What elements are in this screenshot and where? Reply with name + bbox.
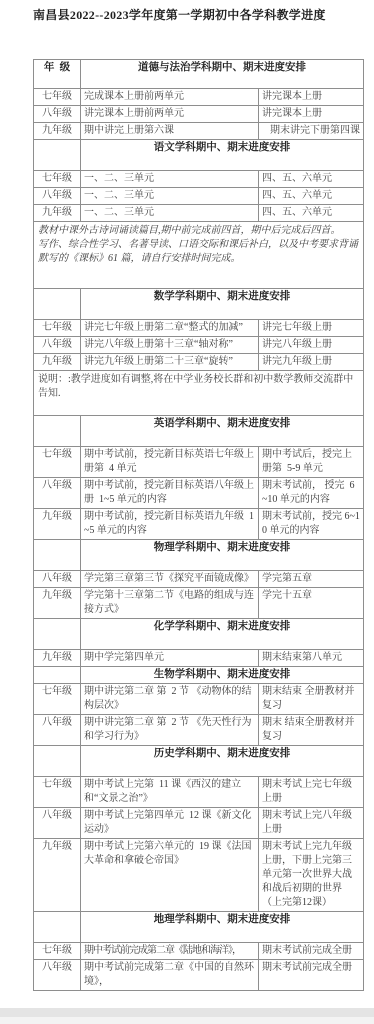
- grade-cell: 七年级: [34, 777, 81, 808]
- endterm-cell: 期末考试前， 授完 6 ~10 单元的内容: [259, 478, 364, 509]
- endterm-cell: 讲完七年级上册: [259, 320, 364, 337]
- grade-cell: 八年级: [34, 960, 81, 991]
- midterm-cell: 讲完七年级上册第二章“整式的加减”: [81, 320, 259, 337]
- schedule-row: 九年级 期中讲完上册第六课 期末讲完下册第四课: [34, 123, 364, 140]
- grade-cell: 九年级: [34, 839, 81, 912]
- grade-cell: 八年级: [34, 188, 81, 205]
- midterm-cell: 期中讲完第二章 第 2 节 《动物体的结构层次》: [81, 684, 259, 715]
- grade-cell: 九年级: [34, 650, 81, 667]
- schedule-row: 九年级 期中考试上完第六单元的 19 课《法国大革命和拿破仑帝国》 期末考试上完…: [34, 839, 364, 912]
- endterm-cell: 四、五、六单元: [259, 171, 364, 188]
- grade-cell: 九年级: [34, 123, 81, 140]
- page-title: 南昌县2022--2023学年度第一学期初中各学科教学进度: [33, 6, 353, 23]
- section-header-row: 数学学科期中、期末进度安排: [34, 289, 364, 320]
- empty-cell: [34, 667, 81, 684]
- endterm-cell: 讲完八年级上册: [259, 337, 364, 354]
- midterm-cell: 期中考试前，授完新目标英语七年级上册第 4 单元: [81, 447, 259, 478]
- schedule-row: 八年级 一、二、三单元 四、五、六单元: [34, 188, 364, 205]
- endterm-cell: 期末结束 全册教材并复习: [259, 684, 364, 715]
- empty-cell: [34, 140, 81, 171]
- schedule-row: 八年级 讲完课本上册前两单元 讲完课本上册: [34, 106, 364, 123]
- midterm-cell: 期中学完第四单元: [81, 650, 259, 667]
- section-title: 英语学科期中、期末进度安排: [81, 416, 364, 447]
- schedule-row: 九年级 学完第十三章第二节《电路的组成与连接方式》 学完十五章: [34, 588, 364, 619]
- endterm-cell: 期末考试前，授完 6~10 单元的内容: [259, 509, 364, 540]
- midterm-cell: 期中考试前，授完新目标英语九年级 1 ~5 单元的内容: [81, 509, 259, 540]
- grade-cell: 八年级: [34, 478, 81, 509]
- grade-cell: 七年级: [34, 171, 81, 188]
- midterm-cell: 期中讲完第二章 第 2 节 《先天性行为和学习行为》: [81, 715, 259, 746]
- grade-cell: 八年级: [34, 808, 81, 839]
- section-header-row: 英语学科期中、期末进度安排: [34, 416, 364, 447]
- endterm-cell: 期末考试上完八年级上册: [259, 808, 364, 839]
- grade-cell: 八年级: [34, 337, 81, 354]
- grade-cell: 八年级: [34, 106, 81, 123]
- schedule-row: 八年级 期中考试前完成第二章《中国的自然环境》， 期末考试前完成全册: [34, 960, 364, 991]
- endterm-cell: 四、五、六单元: [259, 205, 364, 222]
- empty-cell: [34, 540, 81, 571]
- grade-column-header: 年 级: [34, 60, 81, 89]
- endterm-cell: 期末考试前完成全册: [259, 943, 364, 960]
- midterm-cell: 完成课本上册前两单元: [81, 89, 259, 106]
- endterm-cell: 讲完课本上册: [259, 106, 364, 123]
- section-title: 生物学科期中、期末进度安排: [81, 667, 364, 684]
- midterm-cell: 期中考试上完第四单元 12 课《新文化运动》: [81, 808, 259, 839]
- schedule-row: 九年级 期中学完第四单元 期末结束第八单元: [34, 650, 364, 667]
- math-note: 说明：:教学进度如有调整,将在中学业务校长群和初中数学教师交流群中告知.: [34, 371, 364, 416]
- endterm-cell: 期末讲完下册第四课: [259, 123, 364, 140]
- schedule-row: 七年级 一、二、三单元 四、五、六单元: [34, 171, 364, 188]
- endterm-cell: 期末考试上完七年级上册: [259, 777, 364, 808]
- section-header-row: 历史学科期中、期末进度安排: [34, 746, 364, 777]
- schedule-row: 八年级 期中考试前，授完新目标英语八年级上册 1~5 单元的内容 期末考试前， …: [34, 478, 364, 509]
- schedule-row: 七年级 期中讲完第二章 第 2 节 《动物体的结构层次》 期末结束 全册教材并复…: [34, 684, 364, 715]
- endterm-cell: 期末结束第八单元: [259, 650, 364, 667]
- section-title: 化学学科期中、期末进度安排: [81, 619, 364, 650]
- section-header-row: 化学学科期中、期末进度安排: [34, 619, 364, 650]
- page-edge-bar: [0, 1008, 374, 1017]
- section-header-row: 生物学科期中、期末进度安排: [34, 667, 364, 684]
- endterm-cell: 学完十五章: [259, 588, 364, 619]
- grade-cell: 九年级: [34, 354, 81, 371]
- empty-cell: [34, 289, 81, 320]
- grade-cell: 七年级: [34, 943, 81, 960]
- endterm-cell: 学完第五章: [259, 571, 364, 588]
- grade-cell: 七年级: [34, 447, 81, 478]
- schedule-row: 八年级 期中讲完第二章 第 2 节 《先天性行为和学习行为》 期末 结束全册教材…: [34, 715, 364, 746]
- midterm-cell: 讲完九年级上册第二十三章“旋转”: [81, 354, 259, 371]
- section-header-row: 年 级 道德与法治学科期中、期末进度安排: [34, 60, 364, 89]
- grade-cell: 七年级: [34, 89, 81, 106]
- section-title: 语文学科期中、期末进度安排: [81, 140, 364, 171]
- schedule-row: 七年级 期中考试上完第 11 课《西汉的建立和“文景之治”》 期末考试上完七年级…: [34, 777, 364, 808]
- schedule-row: 八年级 期中考试上完第四单元 12 课《新文化运动》 期末考试上完八年级上册: [34, 808, 364, 839]
- section-header-row: 语文学科期中、期末进度安排: [34, 140, 364, 171]
- midterm-cell: 一、二、三单元: [81, 171, 259, 188]
- midterm-cell: 期中考试上完第 11 课《西汉的建立和“文景之治”》: [81, 777, 259, 808]
- schedule-row: 七年级 讲完七年级上册第二章“整式的加减” 讲完七年级上册: [34, 320, 364, 337]
- midterm-cell: 一、二、三单元: [81, 205, 259, 222]
- midterm-cell: 讲完八年级上册第十三章“轴对称”: [81, 337, 259, 354]
- endterm-cell: 期末考试上完九年级上册，下册上完第三单元第一次世界大战和战后初期的世界（上完第1…: [259, 839, 364, 912]
- endterm-cell: 讲完课本上册: [259, 89, 364, 106]
- page-background: [0, 1017, 374, 1024]
- schedule-row: 七年级 期中考试前完成第二章《陆地和海洋》， 期末考试前完成全册: [34, 943, 364, 960]
- schedule-row: 九年级 期中考试前，授完新目标英语九年级 1 ~5 单元的内容 期末考试前，授完…: [34, 509, 364, 540]
- schedule-row: 七年级 期中考试前，授完新目标英语七年级上册第 4 单元 期中考试后，授完上册第…: [34, 447, 364, 478]
- section-title: 地理学科期中、期末进度安排: [81, 912, 364, 943]
- teaching-schedule-table: 年 级 道德与法治学科期中、期末进度安排 七年级 完成课本上册前两单元 讲完课本…: [33, 59, 364, 991]
- grade-cell: 九年级: [34, 509, 81, 540]
- midterm-cell: 期中考试前完成第二章《陆地和海洋》，: [81, 943, 259, 960]
- midterm-cell: 学完第三章第三节《探究平面镜成像》: [81, 571, 259, 588]
- section-title: 道德与法治学科期中、期末进度安排: [81, 60, 364, 89]
- empty-cell: [34, 619, 81, 650]
- grade-cell: 九年级: [34, 588, 81, 619]
- midterm-cell: 一、二、三单元: [81, 188, 259, 205]
- grade-cell: 八年级: [34, 715, 81, 746]
- midterm-cell: 期中考试上完第六单元的 19 课《法国大革命和拿破仑帝国》: [81, 839, 259, 912]
- endterm-cell: 四、五、六单元: [259, 188, 364, 205]
- endterm-cell: 期末 结束全册教材并复习: [259, 715, 364, 746]
- endterm-cell: 期末考试前完成全册: [259, 960, 364, 991]
- midterm-cell: 学完第十三章第二节《电路的组成与连接方式》: [81, 588, 259, 619]
- chinese-note-row: 教材中课外古诗词诵读篇目,期中前完成前四首，期中后完成后四首。 写作、综合性学习…: [34, 222, 364, 289]
- schedule-row: 八年级 学完第三章第三节《探究平面镜成像》 学完第五章: [34, 571, 364, 588]
- grade-cell: 九年级: [34, 205, 81, 222]
- math-note-row: 说明：:教学进度如有调整,将在中学业务校长群和初中数学教师交流群中告知.: [34, 371, 364, 416]
- schedule-row: 九年级 讲完九年级上册第二十三章“旋转” 讲完九年级上册: [34, 354, 364, 371]
- schedule-row: 七年级 完成课本上册前两单元 讲完课本上册: [34, 89, 364, 106]
- section-header-row: 地理学科期中、期末进度安排: [34, 912, 364, 943]
- grade-cell: 七年级: [34, 684, 81, 715]
- schedule-row: 九年级 一、二、三单元 四、五、六单元: [34, 205, 364, 222]
- midterm-cell: 期中考试前完成第二章《中国的自然环境》，: [81, 960, 259, 991]
- section-title: 物理学科期中、期末进度安排: [81, 540, 364, 571]
- grade-cell: 八年级: [34, 571, 81, 588]
- endterm-cell: 期中考试后，授完上册第 5-9 单元: [259, 447, 364, 478]
- midterm-cell: 讲完课本上册前两单元: [81, 106, 259, 123]
- empty-cell: [34, 912, 81, 943]
- empty-cell: [34, 416, 81, 447]
- section-title: 数学学科期中、期末进度安排: [81, 289, 364, 320]
- midterm-cell: 期中讲完上册第六课: [81, 123, 259, 140]
- schedule-row: 八年级 讲完八年级上册第十三章“轴对称” 讲完八年级上册: [34, 337, 364, 354]
- section-header-row: 物理学科期中、期末进度安排: [34, 540, 364, 571]
- endterm-cell: 讲完九年级上册: [259, 354, 364, 371]
- chinese-note: 教材中课外古诗词诵读篇目,期中前完成前四首，期中后完成后四首。 写作、综合性学习…: [34, 222, 364, 289]
- section-title: 历史学科期中、期末进度安排: [81, 746, 364, 777]
- empty-cell: [34, 746, 81, 777]
- grade-cell: 七年级: [34, 320, 81, 337]
- midterm-cell: 期中考试前，授完新目标英语八年级上册 1~5 单元的内容: [81, 478, 259, 509]
